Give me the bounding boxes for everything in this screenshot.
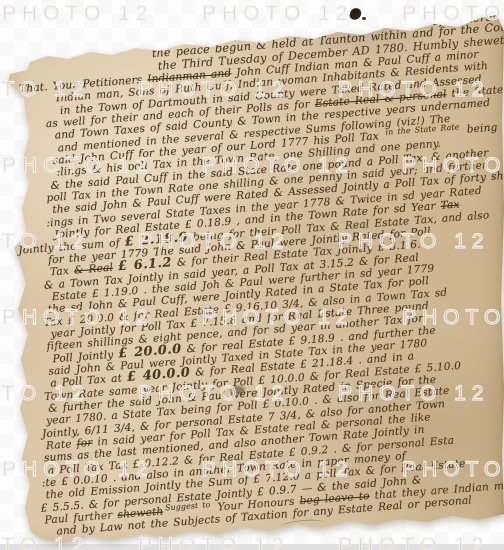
ink-smudge	[230, 386, 245, 394]
inserted-text: ble	[239, 28, 252, 38]
struck-text: Tax	[440, 199, 460, 212]
paper-shadow-wrap: To the Honble ~ the Justices of the Cour…	[0, 0, 504, 550]
document-photo: To the Honble ~ the Justices of the Cour…	[0, 0, 504, 550]
manuscript-lines: To the Honble ~ the Justices of the Cour…	[20, 10, 504, 538]
struck-text: for	[76, 437, 93, 450]
manuscript-paper: To the Honble ~ the Justices of the Cour…	[0, 0, 504, 550]
ink-fleck	[362, 17, 366, 20]
inserted-text: Suggest to	[165, 500, 211, 512]
